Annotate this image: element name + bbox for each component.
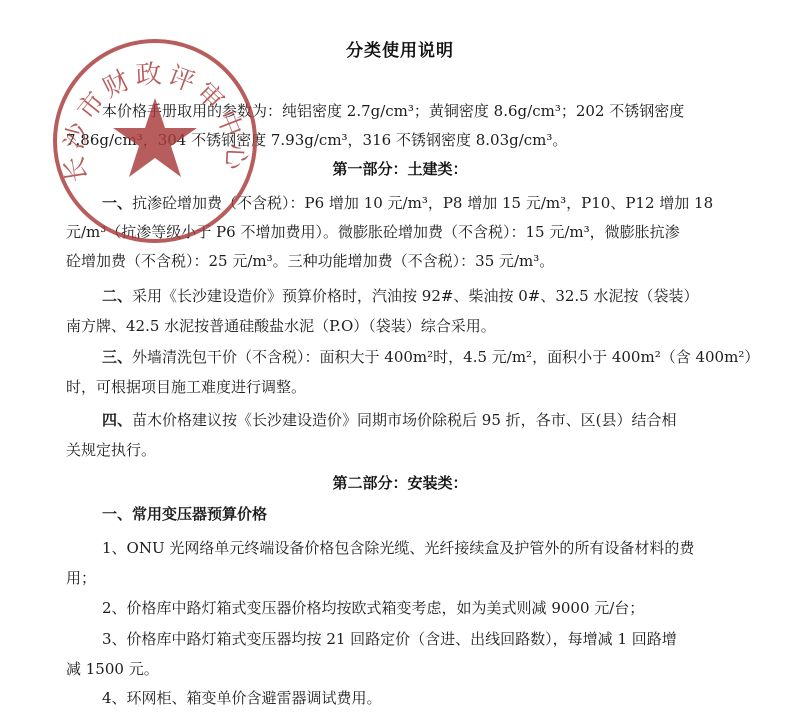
part1-item2-lead: 二、	[102, 287, 132, 305]
part1-item4-line1: 四、苗木价格建议按《长沙建设造价》同期市场价除税后 95 折，各市、区(县）结合…	[102, 410, 677, 430]
part1-item3-text: 外墙清洗包干价（不含税）：面积大于 400m²时，4.5 元/m²，面积小于 4…	[132, 348, 759, 366]
intro-line-1: 本价格手册取用的参数为：纯铝密度 2.7g/cm³；黄铜密度 8.6g/cm³；…	[102, 101, 684, 121]
part1-heading: 第一部分：土建类：	[0, 158, 800, 179]
part1-item1-lead: 一、	[102, 194, 132, 212]
part1-item4-lead: 四、	[102, 411, 132, 429]
part1-item1-line3: 砼增加费（不含税）：25 元/m³。三种功能增加费（不含税）：35 元/m³。	[66, 251, 554, 271]
part1-item2-text: 采用《长沙建设造价》预算价格时，汽油按 92#、柴油按 0#、32.5 水泥按（…	[132, 287, 698, 305]
part2-subheading: 一、常用变压器预算价格	[102, 504, 267, 524]
part1-item2-line1: 二、采用《长沙建设造价》预算价格时，汽油按 92#、柴油按 0#、32.5 水泥…	[102, 286, 699, 306]
part1-item3-lead: 三、	[102, 348, 132, 366]
part1-item4-text: 苗木价格建议按《长沙建设造价》同期市场价除税后 95 折，各市、区(县）结合相	[132, 411, 676, 429]
part2-item4-line1: 4、环网柜、箱变单价含避雷器调试费用。	[102, 688, 382, 708]
document-title: 分类使用说明	[0, 36, 800, 61]
part2-item1-line2: 用；	[66, 568, 96, 588]
part1-item2-line2: 南方牌、42.5 水泥按普通硅酸盐水泥（P.O）（袋装）综合采用。	[66, 316, 496, 336]
part1-item1-text: 抗渗砼增加费（不含税）：P6 增加 10 元/m³，P8 增加 15 元/m³，…	[132, 194, 713, 212]
part2-item3-line2: 减 1500 元。	[66, 659, 159, 679]
part1-item1-line1: 一、抗渗砼增加费（不含税）：P6 增加 10 元/m³，P8 增加 15 元/m…	[102, 193, 713, 213]
part1-item4-line2: 关规定执行。	[66, 440, 156, 460]
intro-line-2: 7.86g/cm³，304 不锈钢密度 7.93g/cm³，316 不锈钢密度 …	[66, 130, 567, 150]
part1-item3-line1: 三、外墙清洗包干价（不含税）：面积大于 400m²时，4.5 元/m²，面积小于…	[102, 347, 759, 367]
part2-item1-line1: 1、ONU 光网络单元终端设备价格包含除光缆、光纤接续盒及护管外的所有设备材料的…	[102, 538, 694, 558]
part1-item3-line2: 时，可根据项目施工难度进行调整。	[66, 377, 306, 397]
part2-item2-line1: 2、价格库中路灯箱式变压器价格均按欧式箱变考虑，如为美式则减 9000 元/台；	[102, 598, 644, 618]
part2-item3-line1: 3、价格库中路灯箱式变压器均按 21 回路定价（含进、出线回路数），每增减 1 …	[102, 629, 677, 649]
document-page: 分类使用说明 本价格手册取用的参数为：纯铝密度 2.7g/cm³；黄铜密度 8.…	[0, 0, 800, 715]
part1-item1-line2: 元/m³（抗渗等级小于 P6 不增加费用）。微膨胀砼增加费（不含税）：15 元/…	[66, 222, 680, 242]
part2-heading: 第二部分：安装类：	[0, 472, 800, 493]
